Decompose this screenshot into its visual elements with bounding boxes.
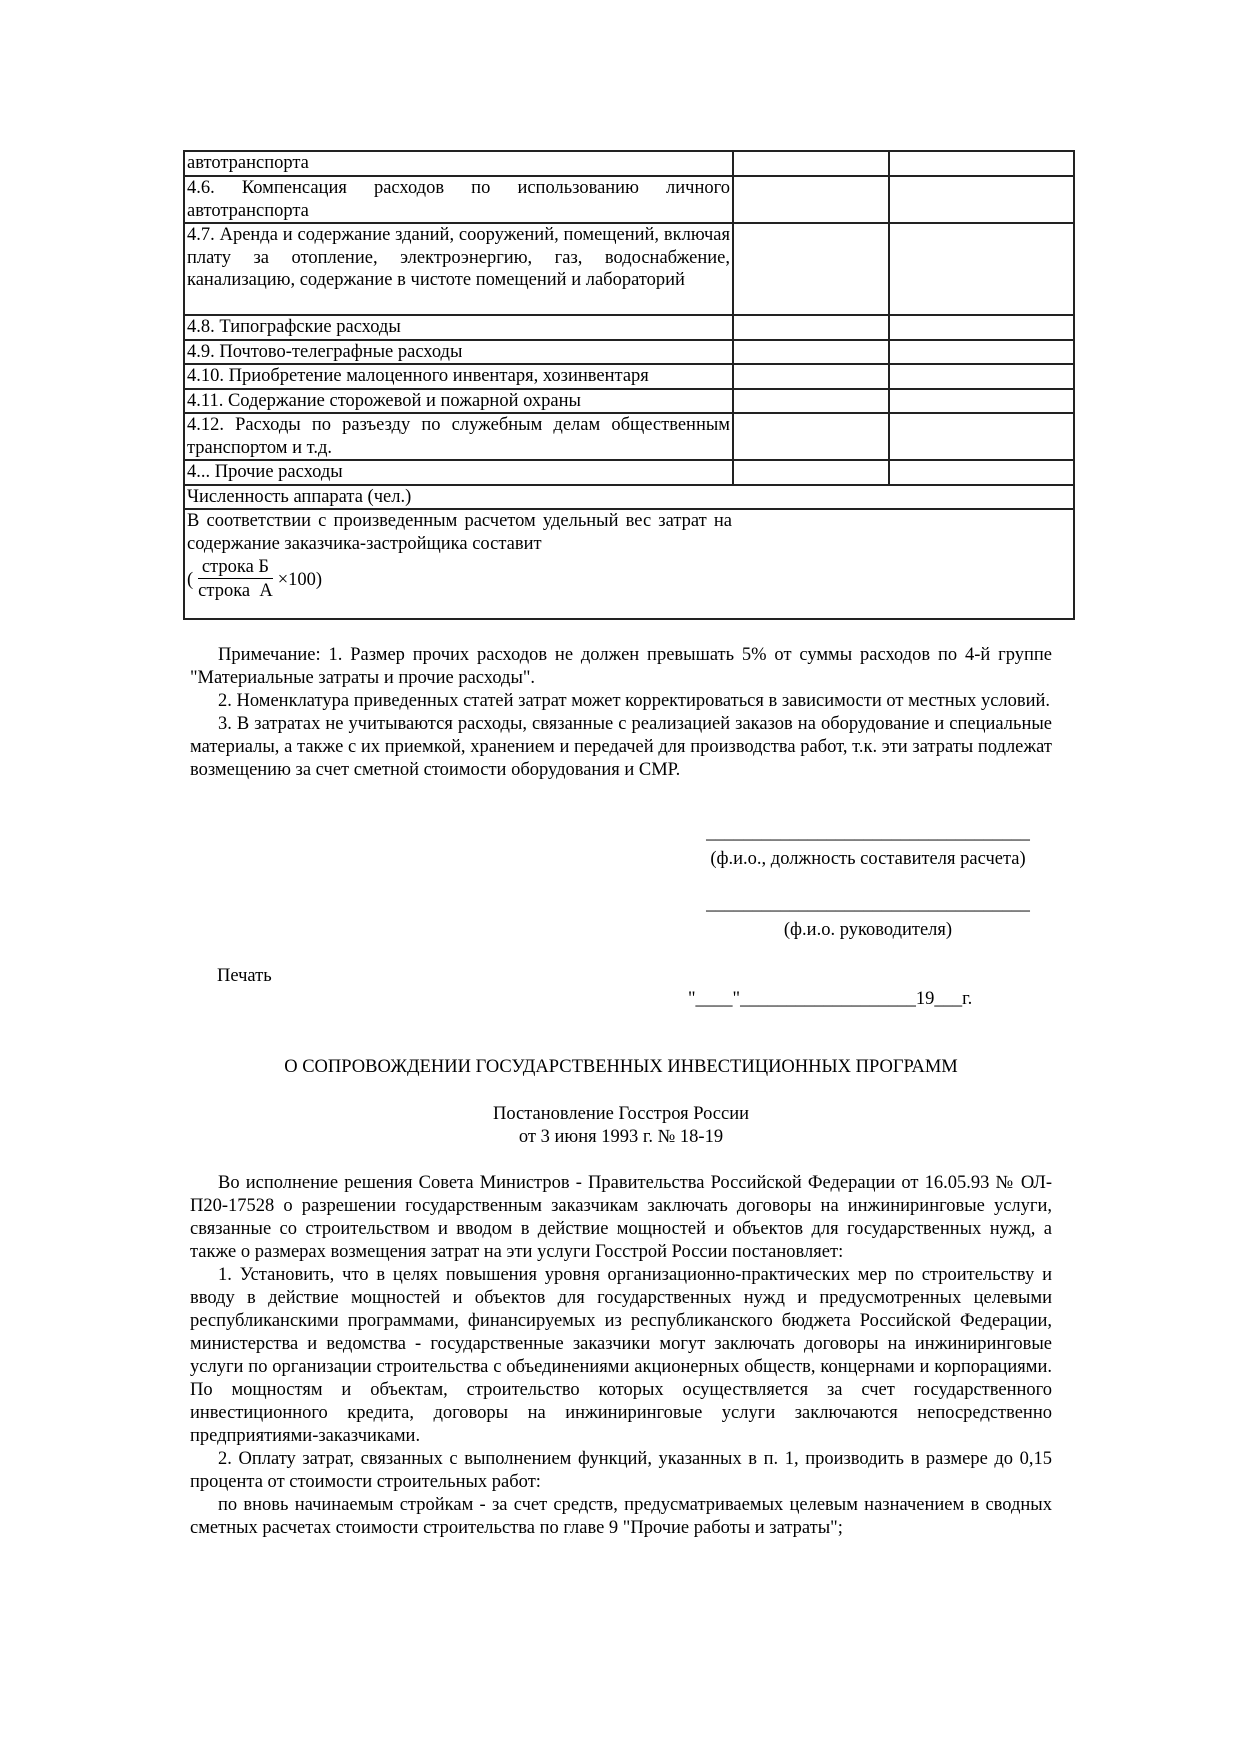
table-row: 4.7. Аренда и содержание зданий, сооруже… [184,223,1074,315]
table-row: 4.11. Содержание сторожевой и пожарной о… [184,389,1074,414]
table-row: автотранспорта [184,151,1074,176]
row-value-2 [889,413,1074,460]
row-label: автотранспорта [184,151,733,176]
cost-table: автотранспорта 4.6. Компенсация расходов… [183,150,1075,620]
row-label: 4.6. Компенсация расходов по использован… [184,176,733,223]
table-row: 4.6. Компенсация расходов по использован… [184,176,1074,223]
row-value-1 [733,151,889,176]
row-value-2 [889,151,1074,176]
row-label: 4.8. Типографские расходы [184,315,733,340]
row-value-2 [889,460,1074,485]
row-value-2 [889,340,1074,365]
document-page: автотранспорта 4.6. Компенсация расходов… [0,0,1240,1755]
row-value-1 [733,364,889,389]
decree-title: О СОПРОВОЖДЕНИИ ГОСУДАРСТВЕННЫХ ИНВЕСТИЦ… [190,1056,1052,1079]
decree-paragraph: по вновь начинаемым стройкам - за счет с… [190,1494,1052,1540]
note-2: 2. Номенклатура приведенных статей затра… [190,690,1052,713]
signature-line-compiler: ___________________________________ [688,822,1048,845]
formula: ( строка Б строка А ×100 ) [187,557,1071,603]
result-row: В соответствии с произведенным расчетом … [184,509,1074,619]
notes: Примечание: 1. Размер прочих расходов не… [190,644,1052,782]
decree-subtitle-2: от 3 июня 1993 г. № 18-19 [190,1126,1052,1149]
row-label: 4... Прочие расходы [184,460,733,485]
row-value-1 [733,389,889,414]
row-value-2 [889,389,1074,414]
result-cell: В соответствии с произведенным расчетом … [184,509,1074,619]
formula-multiplier: ×100 [278,569,316,592]
note-1: Примечание: 1. Размер прочих расходов не… [190,644,1052,690]
table-row: 4... Прочие расходы [184,460,1074,485]
decree-paragraph: 1. Установить, что в целях повышения уро… [190,1264,1052,1448]
fraction-numerator: строка Б [198,557,273,579]
row-value-2 [889,364,1074,389]
stamp-label: Печать [217,965,272,988]
formula-open: ( [187,569,193,592]
table-row: 4.12. Расходы по разъезду по служебным д… [184,413,1074,460]
row-label: 4.7. Аренда и содержание зданий, сооруже… [184,223,733,315]
row-value-2 [889,315,1074,340]
row-value-1 [733,340,889,365]
date-line: "____"___________________19___г. [688,988,972,1011]
row-value-1 [733,223,889,315]
signature-caption-compiler: (ф.и.о., должность составителя расчета) [688,848,1048,871]
result-text: В соответствии с произведенным расчетом … [187,510,732,555]
row-value-1 [733,315,889,340]
decree-subtitle-1: Постановление Госстроя России [190,1103,1052,1126]
row-value-1 [733,460,889,485]
row-value-2 [889,176,1074,223]
row-label: 4.11. Содержание сторожевой и пожарной о… [184,389,733,414]
table-row: 4.10. Приобретение малоценного инвентаря… [184,364,1074,389]
row-label: 4.10. Приобретение малоценного инвентаря… [184,364,733,389]
row-value-1 [733,176,889,223]
signature-caption-manager: (ф.и.о. руководителя) [688,919,1048,942]
table-row: 4.9. Почтово-телеграфные расходы [184,340,1074,365]
fraction: строка Б строка А [194,557,277,603]
row-label: 4.9. Почтово-телеграфные расходы [184,340,733,365]
formula-close: ) [316,569,322,592]
staff-row: Численность аппарата (чел.) [184,485,1074,510]
row-value-2 [889,223,1074,315]
staff-count-label: Численность аппарата (чел.) [184,485,1074,510]
decree-paragraph: Во исполнение решения Совета Министров -… [190,1172,1052,1264]
fraction-denominator: строка А [194,579,277,603]
table-row: 4.8. Типографские расходы [184,315,1074,340]
decree-paragraph: 2. Оплату затрат, связанных с выполнение… [190,1448,1052,1494]
row-value-1 [733,413,889,460]
decree-body: Во исполнение решения Совета Министров -… [190,1172,1052,1540]
row-label: 4.12. Расходы по разъезду по служебным д… [184,413,733,460]
note-3: 3. В затратах не учитываются расходы, св… [190,713,1052,782]
signature-line-manager: ___________________________________ [688,893,1048,916]
